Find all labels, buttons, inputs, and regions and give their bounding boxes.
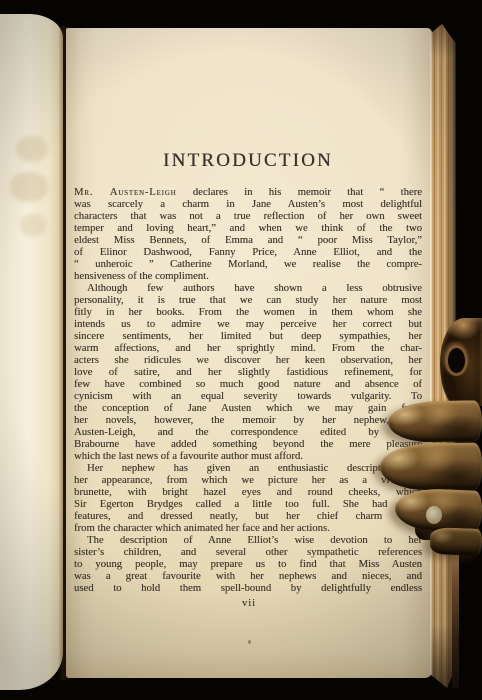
- text-line: which the last news of a favourite autho…: [74, 450, 422, 462]
- text-line: her novels, however, the memoir by her n…: [74, 414, 422, 426]
- text-line: hensiveness of the compliment.: [74, 270, 422, 282]
- showthrough-smudge: [16, 136, 48, 162]
- text-line: acters she ridicules we discover her kee…: [74, 354, 422, 366]
- text-line: the conception of Jane Austen which we m…: [74, 402, 422, 414]
- text-line: fitly in her books. From the women in th…: [74, 306, 422, 318]
- text-line: characters that was not a true reflectio…: [74, 210, 422, 222]
- text-line: Brabourne have added something beyond th…: [74, 438, 422, 450]
- text-line: features, and dressed neatly, but her ch…: [74, 510, 422, 522]
- text-line: used to hold them spell-bound by delight…: [74, 582, 422, 594]
- text-line: to young people, may prepare us to find …: [74, 558, 422, 570]
- text-line: Although few authors have shown a less o…: [74, 282, 422, 294]
- text-line: love of satire, and her slightly fastidi…: [74, 366, 422, 378]
- hand-knuckle: [440, 318, 482, 406]
- page-title: INTRODUCTION: [74, 148, 422, 174]
- finger: [380, 443, 482, 491]
- text-line: temper and loving heart,” and when we th…: [74, 222, 422, 234]
- text-line: Mr. Austen-Leigh declares in his memoir …: [74, 186, 422, 198]
- finger: [430, 527, 482, 556]
- text-line: of Elinor Dashwood, Fanny Price, Anne El…: [74, 246, 422, 258]
- hand-gap-hole: [448, 348, 465, 373]
- text-line: from the character which animated her fa…: [74, 522, 422, 534]
- book-photo: INTRODUCTION Mr. Austen-Leigh declares i…: [0, 0, 482, 700]
- paper-speck: [248, 640, 251, 644]
- text-line: eldest Miss Bennets, of Emma and “ poor …: [74, 234, 422, 246]
- lead-smallcaps: Mr. Austen-Leigh: [74, 186, 176, 198]
- text-line: Sir Egerton Brydges called a little too …: [74, 498, 422, 510]
- showthrough-smudge: [20, 214, 46, 236]
- text-line: cynicism with an equal severity towards …: [74, 390, 422, 402]
- text-column: Mr. Austen-Leigh declares in his memoir …: [74, 186, 422, 594]
- text-line: warm affections, and her sprightly mind.…: [74, 342, 422, 354]
- text-line: personality, it is true that we can stud…: [74, 294, 422, 306]
- text-line: sister’s children, and several other sym…: [74, 546, 422, 558]
- text-line: The description of Anne Elliot’s wise de…: [74, 534, 422, 546]
- text-line: was scarcely a charm in Jane Austen’s mo…: [74, 198, 422, 210]
- text-line: intends us to admire we may perceive her…: [74, 318, 422, 330]
- text-line: was a great favourite with her nephews a…: [74, 570, 422, 582]
- text-line: sincere sentiments, her limited but deep…: [74, 330, 422, 342]
- text-line: brunette, with bright hazel eyes and rou…: [74, 486, 422, 498]
- text-line: few have combined so much good nature an…: [74, 378, 422, 390]
- cover-edge: [452, 540, 459, 688]
- text-line: her appearance, from which we picture he…: [74, 474, 422, 486]
- text-line: Her nephew has given an enthusiastic des…: [74, 462, 422, 474]
- fingernail-spot: [426, 506, 442, 524]
- left-page: [0, 14, 63, 690]
- text-line: “ unheroic ” Catherine Morland, we reali…: [74, 258, 422, 270]
- text-line: Austen-Leigh, and the correspondence edi…: [74, 426, 422, 438]
- showthrough-smudge: [10, 172, 48, 202]
- page-number: vii: [66, 598, 432, 609]
- book-page: INTRODUCTION Mr. Austen-Leigh declares i…: [66, 28, 432, 678]
